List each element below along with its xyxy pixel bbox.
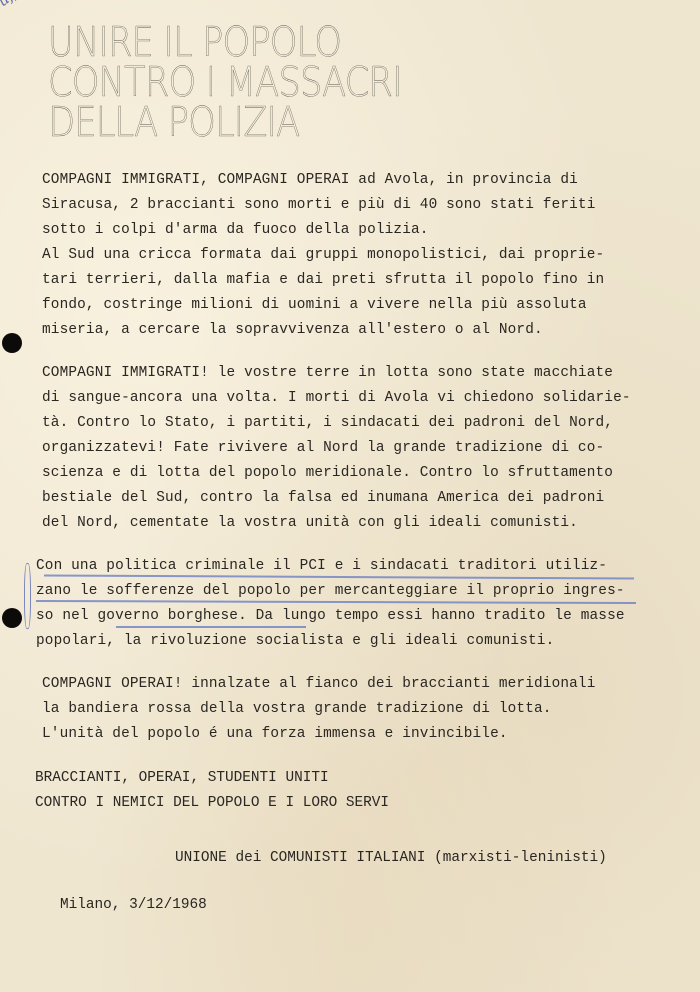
text-line: sotto i colpi d'arma da fuoco della poli… <box>42 218 682 243</box>
body-text: COMPAGNI IMMIGRATI, COMPAGNI OPERAI ad A… <box>42 168 682 765</box>
paragraph-underlined: Con una politica criminale il PCI e i si… <box>36 554 682 654</box>
slogan-line: CONTRO I NEMICI DEL POPOLO E I LORO SERV… <box>35 791 389 816</box>
pen-underline <box>116 626 306 628</box>
text-line: COMPAGNI IMMIGRATI, COMPAGNI OPERAI ad A… <box>42 168 682 193</box>
text-line: la bandiera rossa della vostra grande tr… <box>42 697 682 722</box>
pen-margin-mark <box>24 563 31 629</box>
text-line: bestiale del Sud, contro la falsa ed inu… <box>42 486 682 511</box>
text-line: di sangue-ancora una volta. I morti di A… <box>42 386 682 411</box>
text-line: scienza e di lotta del popolo meridional… <box>42 461 682 486</box>
slogan-line: BRACCIANTI, OPERAI, STUDENTI UNITI <box>35 766 389 791</box>
text-line: popolari, la rivoluzione socialista e gl… <box>36 629 682 654</box>
punch-hole <box>2 608 22 628</box>
signature: UNIONE dei COMUNISTI ITALIANI (marxisti-… <box>175 850 607 866</box>
paragraph: COMPAGNI OPERAI! innalzate al fianco dei… <box>42 672 682 747</box>
paragraph: COMPAGNI IMMIGRATI, COMPAGNI OPERAI ad A… <box>42 168 682 343</box>
text-line: tari terrieri, dalla mafia e dai preti s… <box>42 268 682 293</box>
text-line: del Nord, cementate la vostra unità con … <box>42 511 682 536</box>
text-line: fondo, costringe milioni di uomini a viv… <box>42 293 682 318</box>
text-line: miseria, a cercare la sopravvivenza all'… <box>42 318 682 343</box>
text-line: Al Sud una cricca formata dai gruppi mon… <box>42 243 682 268</box>
closing-slogan: BRACCIANTI, OPERAI, STUDENTI UNITI CONTR… <box>35 766 389 816</box>
text-line: organizzatevi! Fate rivivere al Nord la … <box>42 436 682 461</box>
text-line: L'unità del popolo é una forza immensa e… <box>42 722 682 747</box>
handwritten-note: ufficio <box>0 0 42 10</box>
paragraph: COMPAGNI IMMIGRATI! le vostre terre in l… <box>42 361 682 536</box>
punch-hole <box>2 333 22 353</box>
dateline: Milano, 3/12/1968 <box>60 897 207 913</box>
headline-line: UNIRE IL POPOLO <box>48 22 402 62</box>
headline-line: DELLA POLIZIA <box>48 102 402 142</box>
headline: UNIRE IL POPOLO CONTRO I MASSACRI DELLA … <box>48 22 402 142</box>
headline-line: CONTRO I MASSACRI <box>48 62 402 102</box>
text-line: COMPAGNI IMMIGRATI! le vostre terre in l… <box>42 361 682 386</box>
text-line: COMPAGNI OPERAI! innalzate al fianco dei… <box>42 672 682 697</box>
text-line: tà. Contro lo Stato, i partiti, i sindac… <box>42 411 682 436</box>
text-line: Siracusa, 2 braccianti sono morti e più … <box>42 193 682 218</box>
